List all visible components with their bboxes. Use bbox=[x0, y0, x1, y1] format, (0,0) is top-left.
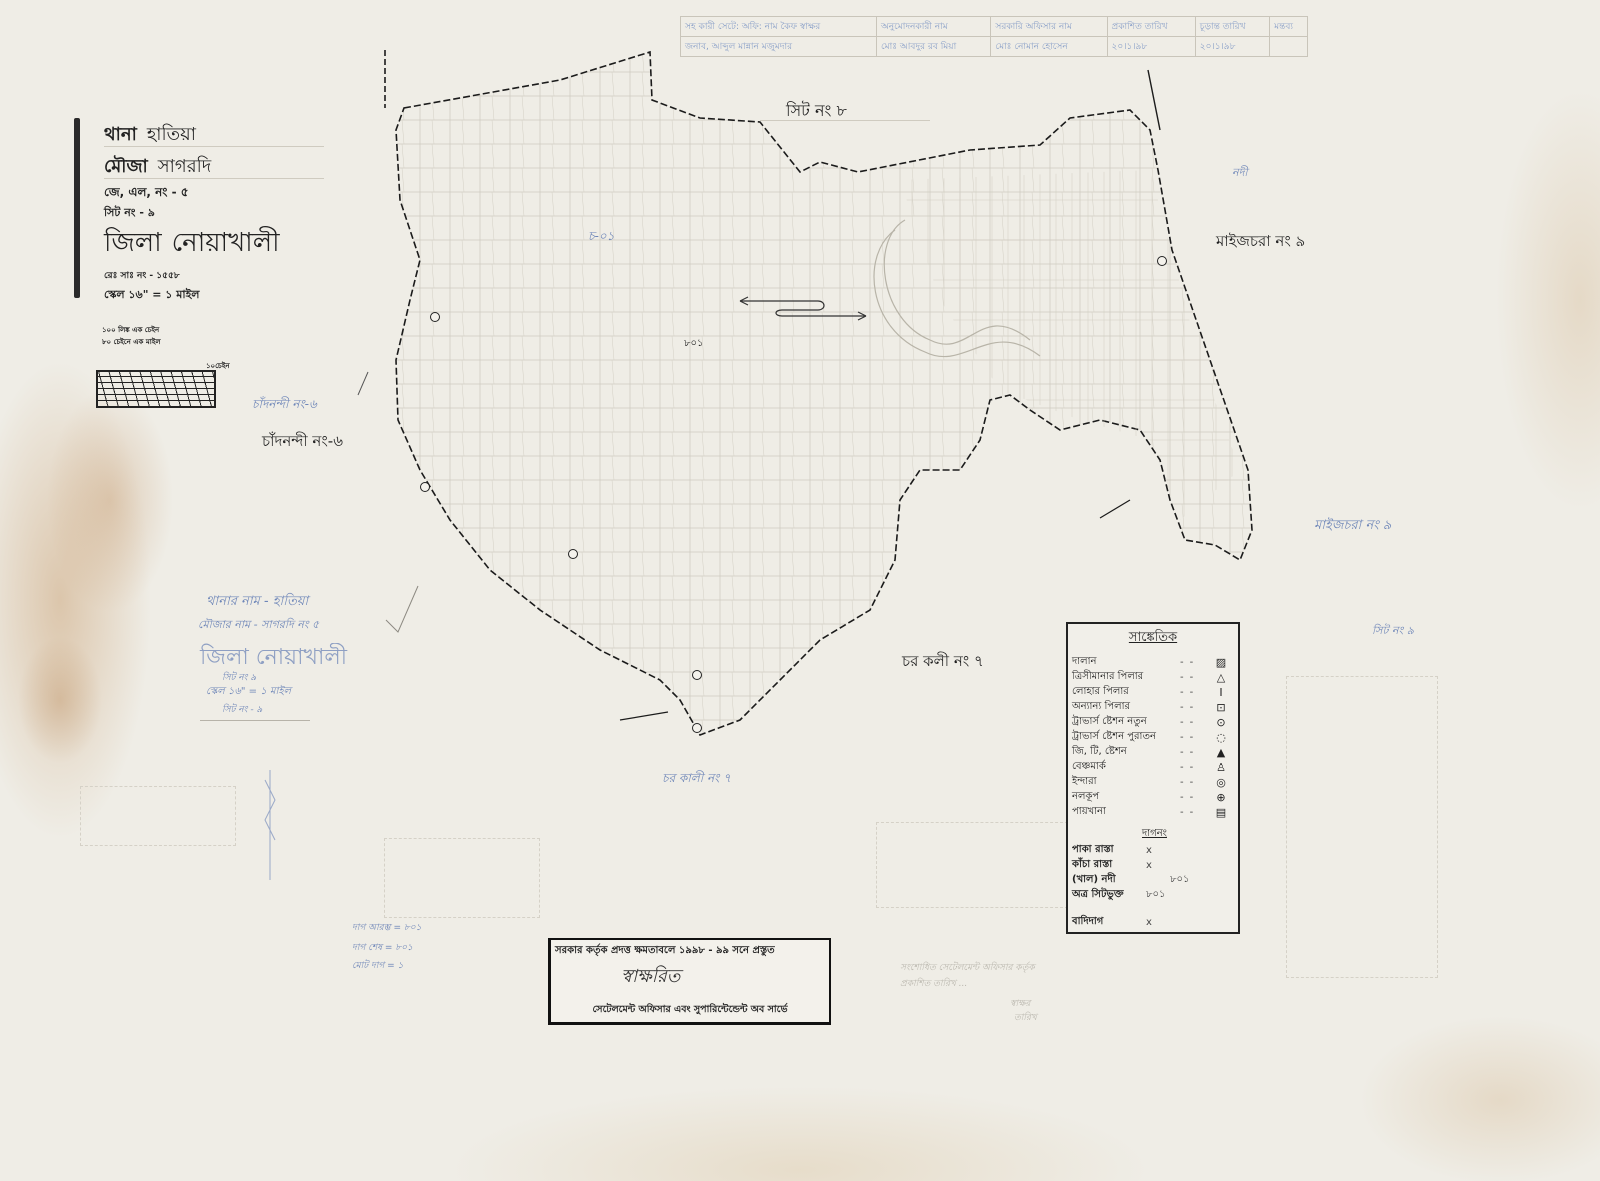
well-icon: ◎ bbox=[1210, 776, 1232, 789]
blue-plot-label: চ-০১ bbox=[588, 228, 614, 248]
legend-item: ট্রাভার্স ষ্টেশন নতুন--⊙ bbox=[1068, 715, 1238, 730]
gt-station-icon: ▲ bbox=[1210, 746, 1232, 759]
other-pillar-icon: ⊡ bbox=[1210, 701, 1232, 714]
sheet-handwritten-label: সিট নং ৯ bbox=[1372, 622, 1414, 641]
latrine-icon: ▤ bbox=[1210, 806, 1232, 819]
dag-subtitle: দাগনং bbox=[1142, 826, 1238, 843]
map-legend: সাঙ্কেতিক দালান--▨ ত্রিসীমানার পিলার--△ … bbox=[1066, 622, 1240, 934]
note-scale: স্কেল ১৬" = ১ মাইল bbox=[206, 684, 291, 701]
south-handwritten-label: চর কালী নং ৭ bbox=[662, 770, 731, 790]
dag-total-note: মোট দাগ = ১ bbox=[352, 958, 403, 973]
south-adjacent-label: চর কলী নং ৭ bbox=[902, 650, 984, 675]
pencil-note-line2: প্রকাশিত তারিখ ... bbox=[900, 976, 967, 991]
pencil-note-line3: স্বাক্ষর bbox=[1010, 996, 1030, 1011]
east-adjacent-label: মাইজচরা নং ৯ bbox=[1216, 230, 1305, 255]
tri-junction-pillar-icon: △ bbox=[1210, 671, 1232, 684]
traverse-station-old-icon: ◌ bbox=[1210, 731, 1232, 744]
legend-item: পায়খানা--▤ bbox=[1068, 805, 1238, 820]
legend-title: সাঙ্কেতিক bbox=[1068, 628, 1238, 649]
iron-pillar-icon: I bbox=[1210, 686, 1232, 699]
note-sheet: সিট নং ৯ bbox=[222, 670, 256, 685]
pencil-note-line4: তারিখ bbox=[1014, 1010, 1037, 1025]
note-mouza: মৌজার নাম - সাগরদি নং ৫ bbox=[198, 616, 319, 635]
dag-end-note: দাগ শেষ = ৮০১ bbox=[352, 940, 413, 955]
legend-item: ইন্দারা--◎ bbox=[1068, 775, 1238, 790]
note-thana: থানার নাম - হাতিয়া bbox=[206, 592, 308, 613]
building-icon: ▨ bbox=[1210, 656, 1232, 669]
east-river-label: নদী bbox=[1232, 164, 1248, 183]
dag-item: বাদিদাগx bbox=[1068, 915, 1238, 930]
east-handwritten-label: মাইজচরা নং ৯ bbox=[1314, 516, 1391, 537]
legend-item: নলকূপ--⊕ bbox=[1068, 790, 1238, 805]
legend-item: দালান--▨ bbox=[1068, 655, 1238, 670]
faint-stamp-box bbox=[1286, 676, 1438, 978]
dag-item: পাকা রাস্তাx bbox=[1068, 843, 1238, 858]
rule-line bbox=[200, 720, 310, 721]
certification-text: সরকার কর্তৃক প্রদত্ত ক্ষমতাবলে ১৯৯৮ - ৯৯… bbox=[551, 940, 829, 963]
dag-start-note: দাগ আরম্ভ = ৮০১ bbox=[352, 920, 421, 935]
benchmark-icon: ♙ bbox=[1210, 761, 1232, 774]
rule-line bbox=[760, 120, 930, 121]
faint-stamp-box bbox=[876, 822, 1068, 908]
certifying-officer: সেটেলমেন্ট অফিসার এবং সুপারিন্টেন্ডেন্ট … bbox=[551, 1003, 829, 1018]
faint-stamp-box bbox=[384, 838, 540, 918]
west-adjacent-label: চাঁদনন্দী নং-৬ bbox=[262, 430, 343, 455]
legend-item: অন্যান্য পিলার--⊡ bbox=[1068, 700, 1238, 715]
legend-item: বেঞ্চমার্ক--♙ bbox=[1068, 760, 1238, 775]
legend-item: ত্রিসীমানার পিলার--△ bbox=[1068, 670, 1238, 685]
plot-number-label: ৮০১ bbox=[684, 336, 703, 353]
signature: স্বাক্ষরিত bbox=[621, 962, 680, 993]
traverse-station-new-icon: ⊙ bbox=[1210, 716, 1232, 729]
note-sheet-2: সিট নং - ৯ bbox=[222, 702, 262, 717]
tubewell-icon: ⊕ bbox=[1210, 791, 1232, 804]
dag-item: (খাল) নদী৮০১ bbox=[1068, 873, 1238, 888]
dag-item: অত্র সিটভুক্ত৮০১ bbox=[1068, 888, 1238, 903]
pencil-note-line1: সংশোধিত সেটেলমেন্ট অফিসার কর্তৃক bbox=[900, 960, 1035, 975]
legend-item: জি, টি, ষ্টেশন--▲ bbox=[1068, 745, 1238, 760]
west-handwritten-label: চাঁদনন্দী নং-৬ bbox=[252, 396, 317, 416]
faint-stamp-box bbox=[80, 786, 236, 846]
legend-item: ট্রাভার্স ষ্টেশন পুরাতন--◌ bbox=[1068, 730, 1238, 745]
legend-item: লোহার পিলার--I bbox=[1068, 685, 1238, 700]
certification-box: সরকার কর্তৃক প্রদত্ত ক্ষমতাবলে ১৯৯৮ - ৯৯… bbox=[548, 938, 831, 1025]
dag-item: কাঁচা রাস্তাx bbox=[1068, 858, 1238, 873]
